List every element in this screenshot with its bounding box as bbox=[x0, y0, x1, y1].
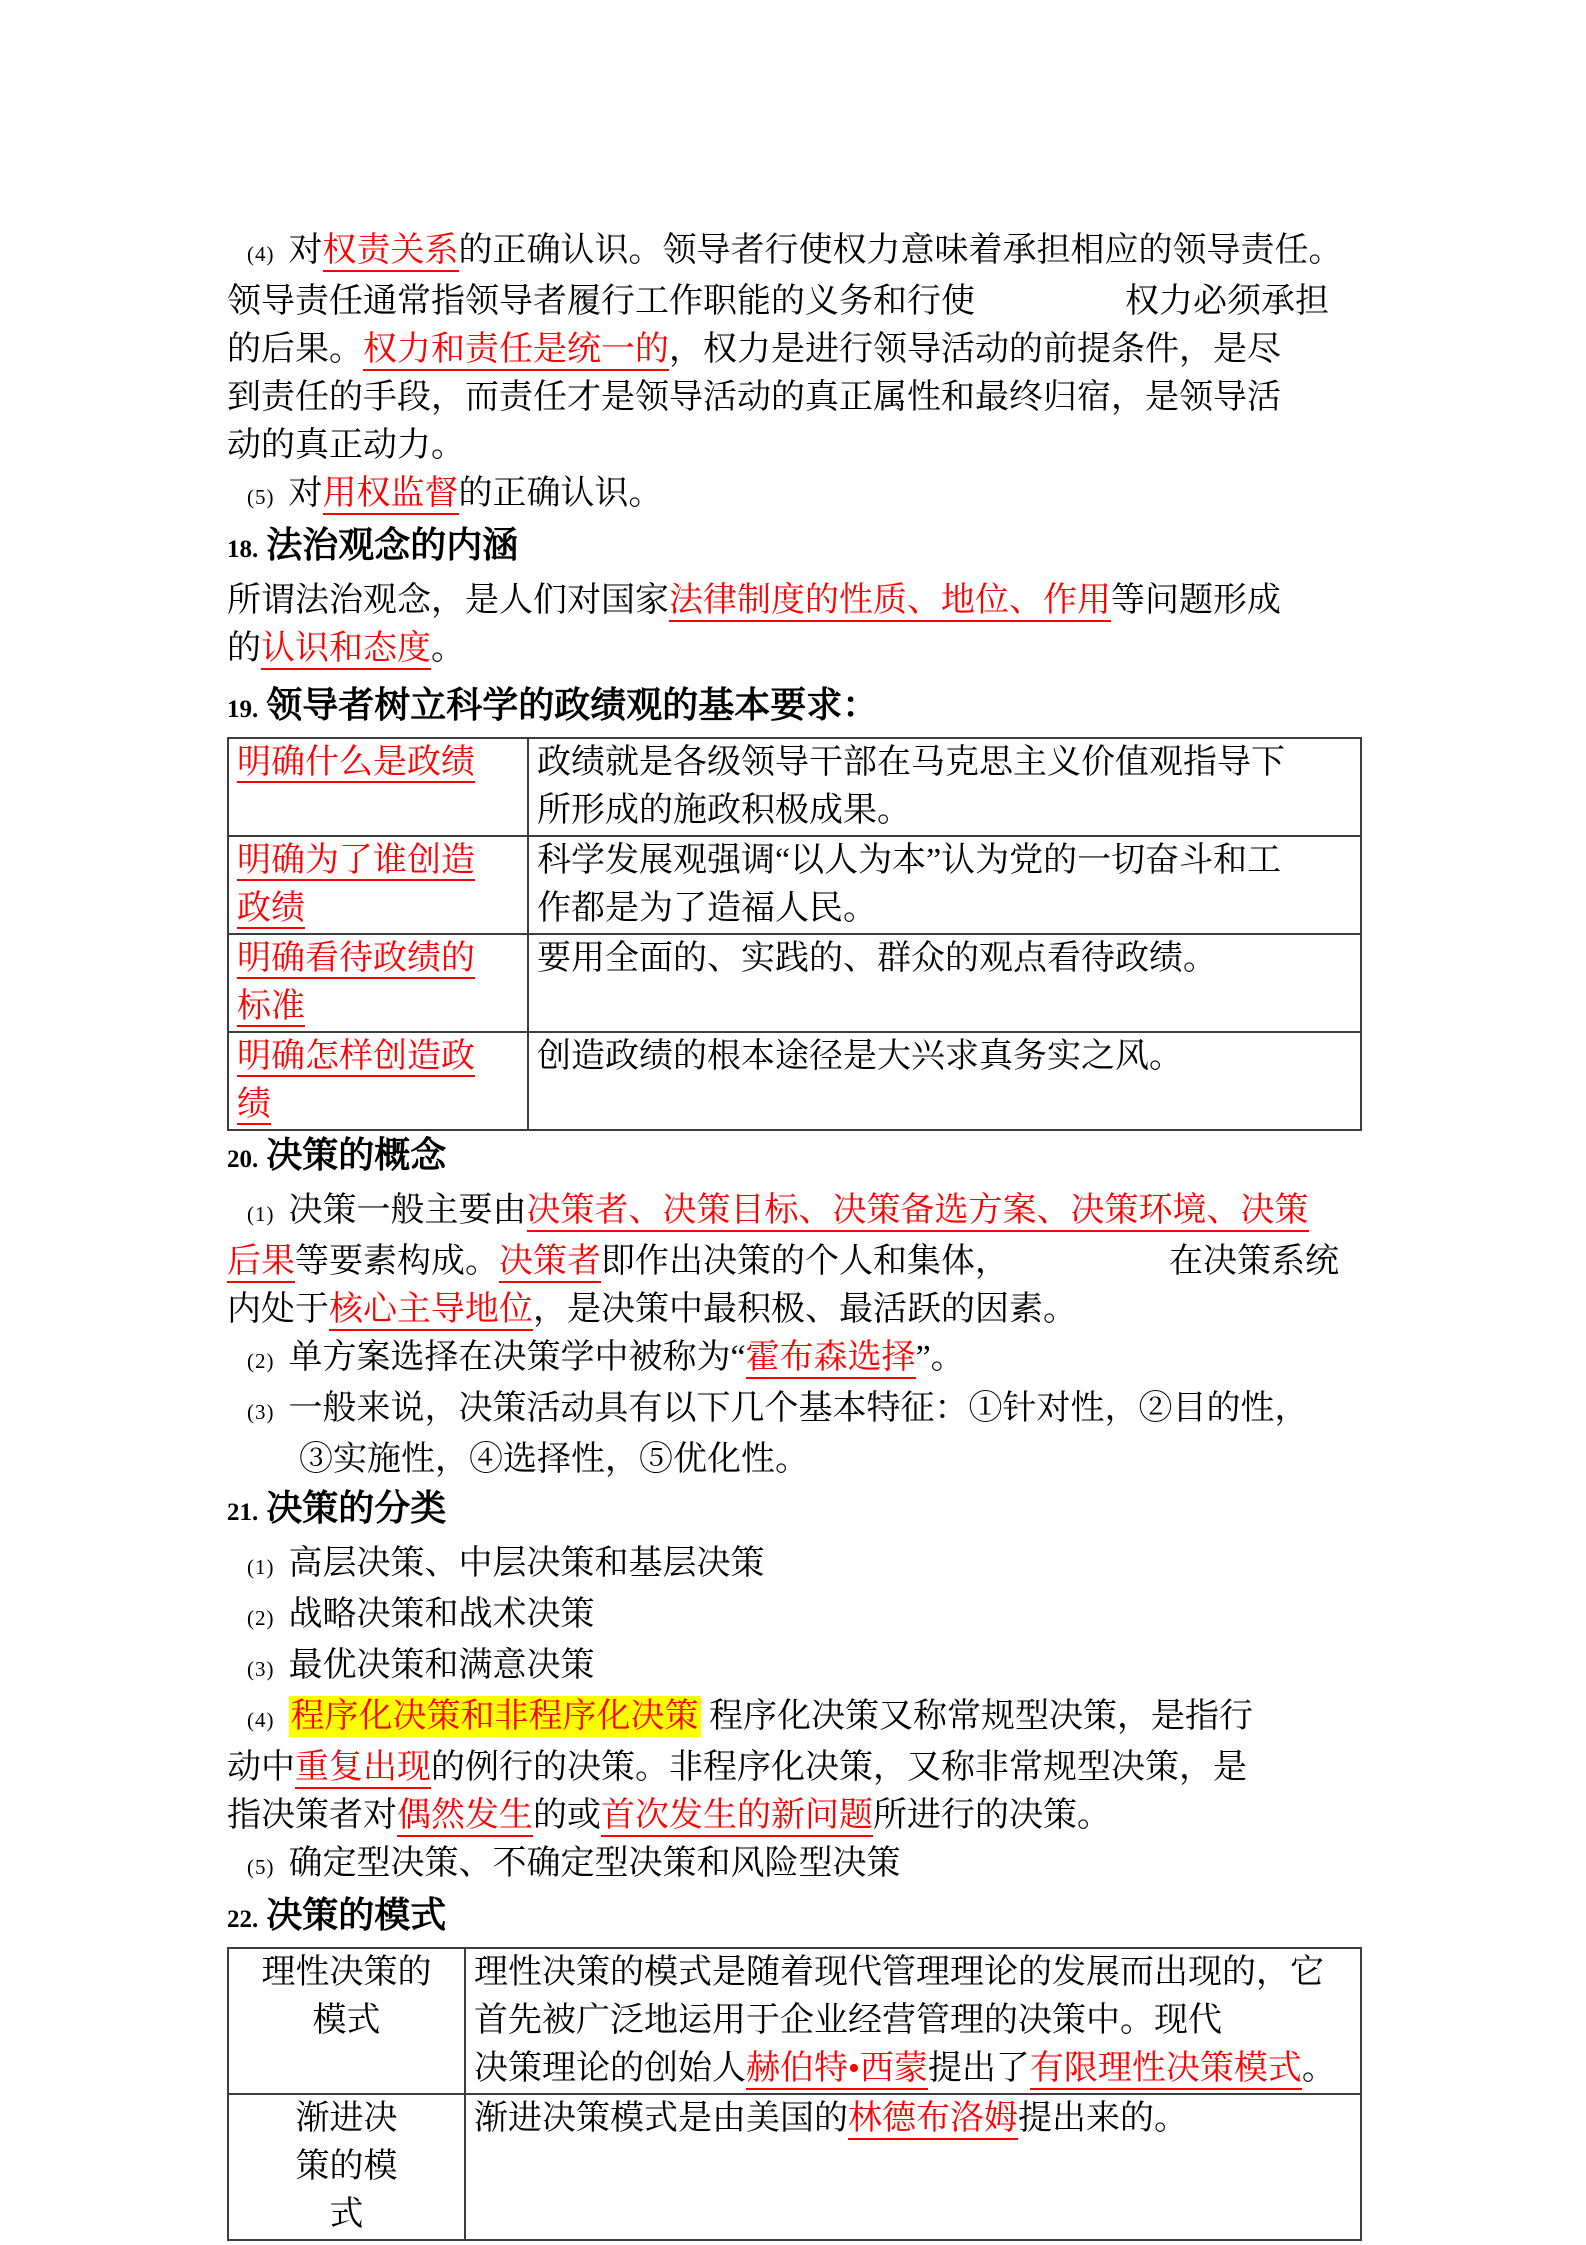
section-title: 领导者树立科学的政绩观的基本要求： bbox=[266, 685, 878, 725]
document-content: (4)对权责关系的正确认识。领导者行使权力意味着承担相应的领导责任。领导责任通常… bbox=[227, 227, 1362, 2241]
section-19-heading: 19.领导者树立科学的政绩观的基本要求： bbox=[227, 681, 1362, 737]
table-row: 明确怎样创造政绩 创造政绩的根本途径是大兴求真务实之风。 bbox=[228, 1032, 1361, 1130]
section-21-item-3: (3)最优决策和满意决策 bbox=[227, 1642, 1362, 1693]
item-text: 最优决策和满意决策 bbox=[289, 1647, 595, 1684]
table-key-cell: 渐进决策的模式 bbox=[228, 2094, 465, 2240]
list-marker: (2) bbox=[247, 1606, 275, 1630]
item-text: 高层决策、中层决策和基层决策 bbox=[289, 1545, 765, 1582]
list-marker: (3) bbox=[247, 1657, 275, 1681]
table-value-cell: 渐进决策模式是由美国的林德布洛姆提出来的。 bbox=[465, 2094, 1361, 2240]
list-marker: (5) bbox=[247, 485, 275, 509]
section-21-item-2: (2)战略决策和战术决策 bbox=[227, 1591, 1362, 1642]
section-20-item-2: (2)单方案选择在决策学中被称为“霍布森选择”。 bbox=[227, 1334, 1362, 1385]
section-21-heading: 21.决策的分类 bbox=[227, 1484, 1362, 1540]
table-row: 理性决策的模式 理性决策的模式是随着现代管理理论的发展而出现的，它首先被广泛地运… bbox=[228, 1948, 1361, 2094]
decision-mode-table: 理性决策的模式 理性决策的模式是随着现代管理理论的发展而出现的，它首先被广泛地运… bbox=[227, 1947, 1362, 2241]
table-row: 渐进决策的模式 渐进决策模式是由美国的林德布洛姆提出来的。 bbox=[228, 2094, 1361, 2240]
table-value-cell: 政绩就是各级领导干部在马克思主义价值观指导下所形成的施政积极成果。 bbox=[528, 738, 1361, 836]
item-text: 程序化决策和非程序化决策 程序化决策又称常规型决策，是指行动中重复出现的例行的决… bbox=[227, 1696, 1253, 1837]
table-key-cell: 明确怎样创造政绩 bbox=[228, 1032, 528, 1130]
item-text: 单方案选择在决策学中被称为“霍布森选择”。 bbox=[289, 1339, 965, 1379]
performance-view-table: 明确什么是政绩 政绩就是各级领导干部在马克思主义价值观指导下所形成的施政积极成果… bbox=[227, 737, 1362, 1131]
list-marker: (2) bbox=[247, 1349, 275, 1373]
section-18-heading: 18.法治观念的内涵 bbox=[227, 521, 1362, 577]
table-row: 明确为了谁创造政绩 科学发展观强调“以人为本”认为党的一切奋斗和工作都是为了造福… bbox=[228, 836, 1361, 934]
section-title: 决策的概念 bbox=[266, 1135, 446, 1175]
section-number: 21. bbox=[227, 1499, 258, 1526]
section-title: 决策的分类 bbox=[266, 1488, 446, 1528]
section-title: 决策的模式 bbox=[266, 1895, 446, 1935]
table-value-cell: 科学发展观强调“以人为本”认为党的一切奋斗和工作都是为了造福人民。 bbox=[528, 836, 1361, 934]
table-value-cell: 要用全面的、实践的、群众的观点看待政绩。 bbox=[528, 934, 1361, 1032]
section-number: 18. bbox=[227, 536, 258, 563]
section-number: 20. bbox=[227, 1146, 258, 1173]
section-number: 19. bbox=[227, 696, 258, 723]
section-number: 22. bbox=[227, 1906, 258, 1933]
list-marker: (3) bbox=[247, 1400, 275, 1424]
item-text: 战略决策和战术决策 bbox=[289, 1596, 595, 1633]
table-row: 明确什么是政绩 政绩就是各级领导干部在马克思主义价值观指导下所形成的施政积极成果… bbox=[228, 738, 1361, 836]
table-key-cell: 明确什么是政绩 bbox=[228, 738, 528, 836]
section-20-heading: 20.决策的概念 bbox=[227, 1131, 1362, 1187]
item-text: 决策一般主要由决策者、决策目标、决策备选方案、决策环境、决策后果等要素构成。决策… bbox=[227, 1192, 1339, 1328]
list-marker: (4) bbox=[247, 1708, 275, 1732]
section-22-heading: 22.决策的模式 bbox=[227, 1891, 1362, 1947]
table-key-cell: 明确看待政绩的标准 bbox=[228, 934, 528, 1032]
section-21-item-4: (4)程序化决策和非程序化决策 程序化决策又称常规型决策，是指行动中重复出现的例… bbox=[227, 1693, 1362, 1840]
item-4-text: 对权责关系的正确认识。领导者行使权力意味着承担相应的领导责任。领导责任通常指领导… bbox=[227, 232, 1343, 464]
item-text: 一般来说，决策活动具有以下几个基本特征：①针对性，②目的性，③实施性，④选择性，… bbox=[289, 1390, 1309, 1478]
section-20-item-1: (1)决策一般主要由决策者、决策目标、决策备选方案、决策环境、决策后果等要素构成… bbox=[227, 1187, 1362, 1334]
document-page: (4)对权责关系的正确认识。领导者行使权力意味着承担相应的领导责任。领导责任通常… bbox=[0, 0, 1586, 2245]
section-20-item-3: (3)一般来说，决策活动具有以下几个基本特征：①针对性，②目的性，③实施性，④选… bbox=[227, 1385, 1362, 1484]
item-text: 确定型决策、不确定型决策和风险型决策 bbox=[289, 1845, 901, 1882]
list-marker: (5) bbox=[247, 1855, 275, 1879]
table-value-cell: 理性决策的模式是随着现代管理理论的发展而出现的，它首先被广泛地运用于企业经营管理… bbox=[465, 1948, 1361, 2094]
table-row: 明确看待政绩的标准 要用全面的、实践的、群众的观点看待政绩。 bbox=[228, 934, 1361, 1032]
list-marker: (4) bbox=[247, 242, 275, 266]
item-5-text: 对用权监督的正确认识。 bbox=[289, 475, 663, 515]
table-key-cell: 明确为了谁创造政绩 bbox=[228, 836, 528, 934]
item-4-paragraph: (4)对权责关系的正确认识。领导者行使权力意味着承担相应的领导责任。领导责任通常… bbox=[227, 227, 1362, 470]
table-value-cell: 创造政绩的根本途径是大兴求真务实之风。 bbox=[528, 1032, 1361, 1130]
section-21-item-1: (1)高层决策、中层决策和基层决策 bbox=[227, 1540, 1362, 1591]
item-5-paragraph: (5)对用权监督的正确认识。 bbox=[227, 470, 1362, 521]
section-title: 法治观念的内涵 bbox=[266, 525, 518, 565]
section-18-body: 所谓法治观念，是人们对国家法律制度的性质、地位、作用等问题形成的认识和态度。 bbox=[227, 577, 1362, 673]
section-21-item-5: (5)确定型决策、不确定型决策和风险型决策 bbox=[227, 1840, 1362, 1891]
list-marker: (1) bbox=[247, 1202, 275, 1226]
table-key-cell: 理性决策的模式 bbox=[228, 1948, 465, 2094]
list-marker: (1) bbox=[247, 1555, 275, 1579]
